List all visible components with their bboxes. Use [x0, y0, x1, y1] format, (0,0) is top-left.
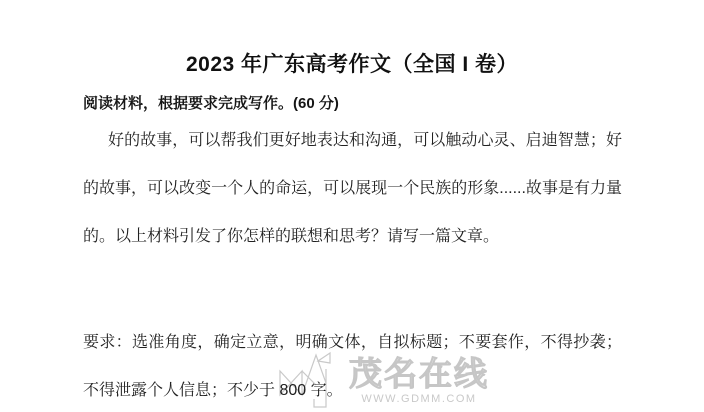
- requirements-paragraph: 要求：选准角度，确定立意，明确文体，自拟标题；不要套作，不得抄袭；不得泄露个人信…: [83, 319, 622, 412]
- material-paragraph: 好的故事，可以帮我们更好地表达和沟通，可以触动心灵、启迪智慧；好的故事，可以改变…: [83, 117, 622, 261]
- document-title: 2023 年广东高考作文（全国 I 卷）: [0, 48, 704, 78]
- instruction-line: 阅读材料，根据要求完成写作。(60 分): [83, 92, 622, 113]
- document-page: 茂名在线 WWW.GDMM.COM 2023 年广东高考作文（全国 I 卷） 阅…: [0, 0, 704, 412]
